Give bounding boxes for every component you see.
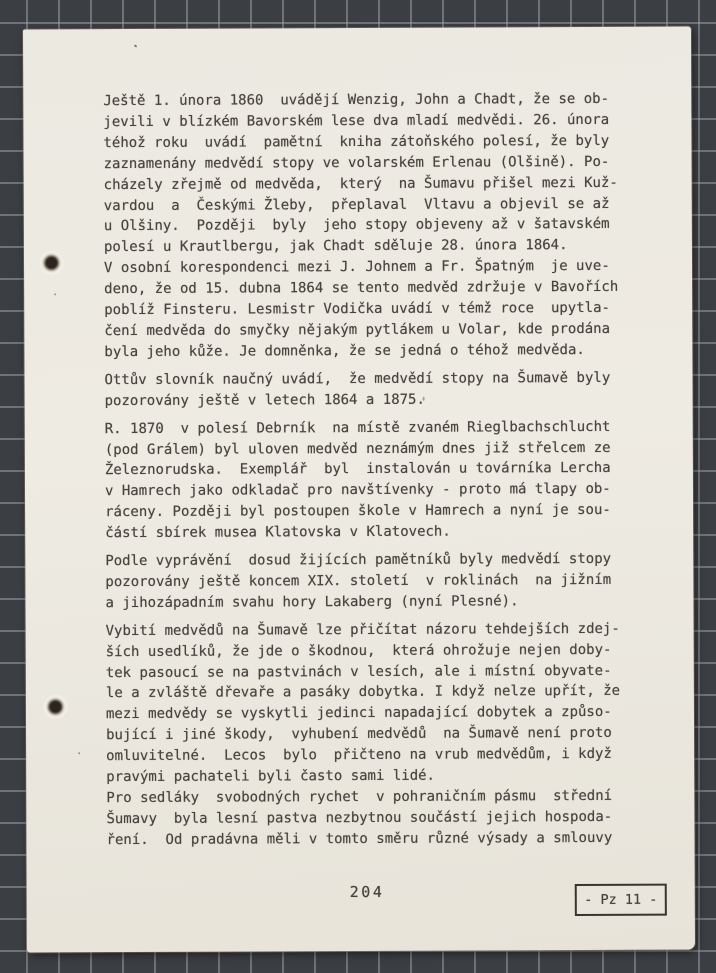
text-line: ření. Od pradávna měli v tomto směru růz… [106,828,620,851]
document-page: Ještě 1. února 1860 uvádějí Wenzig, John… [23,27,695,953]
paper-speck [134,44,138,47]
text-line: Železnorudska. Exemplář byl instalován u… [105,458,619,481]
text-line: zaznamenány medvědí stopy ve volarském E… [104,152,618,175]
paragraph: Podle vyprávění dosud žijících pamětníků… [105,549,619,614]
paper-speck [54,293,56,295]
text-line: mezi medvědy se vyskytli jedinci napadaj… [106,702,620,725]
paragraph: Vybití medvědů na Šumavě lze přičítat ná… [106,619,621,851]
paper-speck [78,752,80,754]
text-line: ráceny. Později byl postoupen škole v Ha… [105,500,619,523]
text-line: omluvitelné. Lecos bylo přičteno na vrub… [106,744,620,767]
page-number: 204 [350,883,385,901]
text-line: le a zvláště dřevaře a pasáky dobytka. I… [106,681,620,704]
text-line: Vybití medvědů na Šumavě lze přičítat ná… [106,619,620,642]
punch-hole-bottom [43,694,69,720]
text-line: jevili v blízkém Bavorském lese dva mlad… [103,110,617,133]
text-line: bující i jiné škody, vyhubení medvědů na… [106,723,620,746]
text-line: deno, že od 15. dubna 1864 se tento medv… [104,277,618,300]
text-line: pozorovány ještě v letech 1864 a 1875. [105,389,619,412]
text-line: poblíž Finsteru. Lesmistr Vodička uvádí … [104,298,618,321]
text-line: vardou a Českými Žleby, přeplaval Vltavu… [104,193,618,216]
text-line: Ottův slovník naučný uvádí, že medvědí s… [104,368,618,391]
text-line: v Hamrech jako odkladač pro navštívenky … [105,479,619,502]
text-line: téhož roku uvádí pamětní kniha zátoňskéh… [103,131,617,154]
text-line: polesí u Krautlbergu, jak Chadt sděluje … [104,235,618,258]
text-line: Podle vyprávění dosud žijících pamětníků… [105,549,619,572]
text-line: tek pasoucí se na pastvinách v lesích, a… [106,660,620,683]
text-line: byla jeho kůže. Je domněnka, že se jedná… [104,340,618,363]
text-line: V osobní korespondenci mezi J. Johnem a … [104,256,618,279]
text-line: R. 1870 v polesí Debrník na místě zvaném… [105,416,619,439]
text-line: cházely zřejmě od medvěda, který na Šuma… [104,172,618,195]
text-line: (pod Grálem) byl uloven medvěd neznámým … [105,437,619,460]
text-line: a jihozápadním svahu hory Lakaberg (nyní… [105,591,619,614]
text-line: u Olšiny. Později byly jeho stopy objeve… [104,214,618,237]
text-line: Pro sedláky svobodných rychet v pohranič… [106,786,620,809]
punch-hole-top [39,250,65,276]
stamp-box: - Pz 11 - [575,884,667,916]
stamp-label: - Pz 11 - [584,892,657,908]
text-line: pravými pachateli byli často sami lidé. [106,765,620,788]
paragraph: Ottův slovník naučný uvádí, že medvědí s… [104,368,618,412]
text-line: Ještě 1. února 1860 uvádějí Wenzig, John… [103,89,617,112]
paragraph: Ještě 1. února 1860 uvádějí Wenzig, John… [103,89,618,363]
scanner-checkered-background: Ještě 1. února 1860 uvádějí Wenzig, John… [0,0,716,973]
text-line: částí sbírek musea Klatovska v Klatovech… [105,521,619,544]
paper-speck [423,397,425,401]
text-line: pozorovány ještě koncem XIX. století v r… [105,570,619,593]
paragraph: R. 1870 v polesí Debrník na místě zvaném… [105,416,620,544]
text-line: ších usedlíků, že jde o škodnou, která o… [106,640,620,663]
text-line: Šumavy byla lesní pastva nezbytnou součá… [106,807,620,830]
text-line: čení medvěda do smyčky nějakým pytlákem … [104,319,618,342]
typewritten-text: Ještě 1. února 1860 uvádějí Wenzig, John… [103,89,620,851]
